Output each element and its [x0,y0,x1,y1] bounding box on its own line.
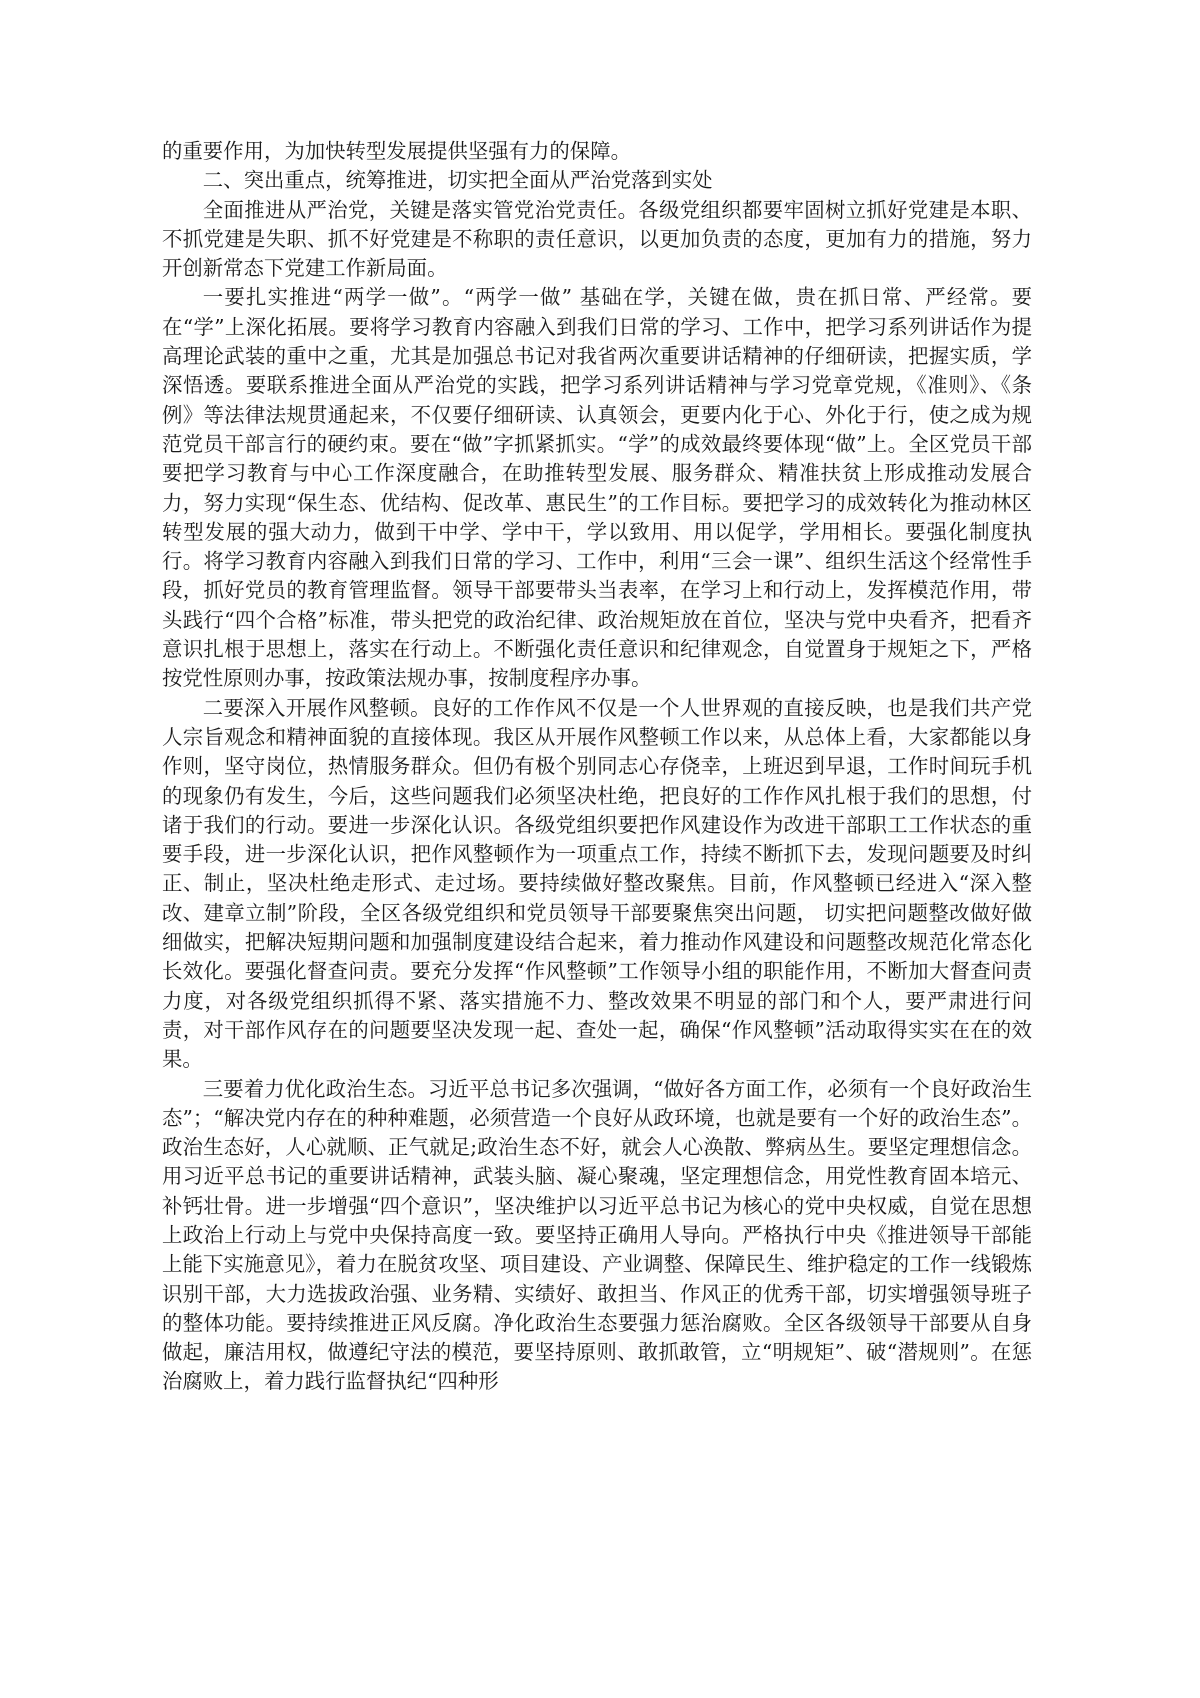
paragraph-intro: 全面推进从严治党，关键是落实管党治党责任。各级党组织都要牢固树立抓好党建是本职、… [162,196,1032,284]
paragraph-continuation: 的重要作用，为加快转型发展提供坚强有力的保障。 [162,137,1032,166]
paragraph-point-two: 二要深入开展作风整顿。良好的工作作风不仅是一个人世界观的直接反映，也是我们共产党… [162,694,1032,1075]
paragraph-point-three: 三要着力优化政治生态。习近平总书记多次强调，“做好各方面工作，必须有一个良好政治… [162,1075,1032,1397]
section-heading: 二、突出重点，统筹推进，切实把全面从严治党落到实处 [162,166,1032,195]
document-page: 的重要作用，为加快转型发展提供坚强有力的保障。 二、突出重点，统筹推进，切实把全… [162,137,1032,1397]
paragraph-point-one: 一要扎实推进“两学一做”。“两学一做” 基础在学，关键在做，贵在抓日常、严经常。… [162,283,1032,693]
